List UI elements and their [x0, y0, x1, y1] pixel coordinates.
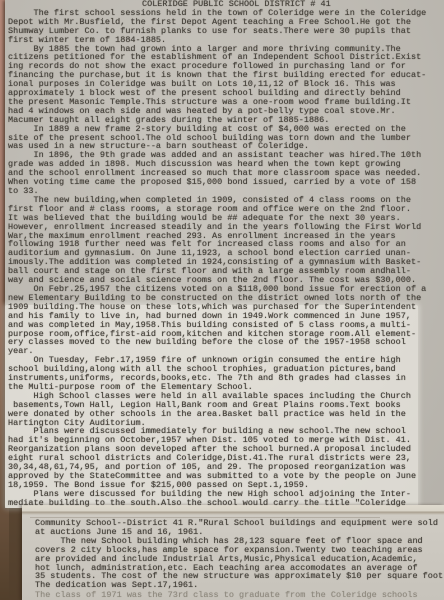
scrapbook-photo-background: COLERIDGE PUBLIC SCHOOL DISTRICT # 41 Th…	[0, 0, 444, 600]
typed-document-page-2: Community School--District 41 R."Rural S…	[22, 505, 444, 600]
typed-text-page-1: The first school sessions held in the to…	[8, 9, 444, 508]
typed-text-page-2: Community School--District 41 R."Rural S…	[35, 519, 444, 590]
typed-text-faded-last-line: The class of 1971 was the 73rd class to …	[35, 591, 444, 600]
typed-document-page-1: COLERIDGE PUBLIC SCHOOL DISTRICT # 41 Th…	[5, 0, 444, 508]
